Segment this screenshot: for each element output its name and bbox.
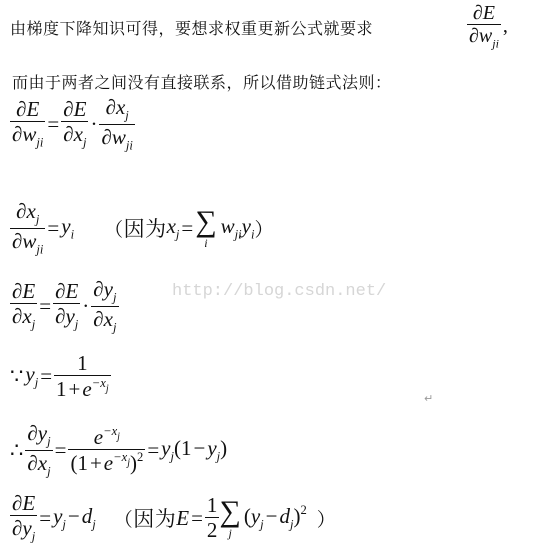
fraction: ∂E ∂wji — [467, 2, 501, 51]
fraction: ∂E ∂xj — [61, 98, 88, 150]
therefore-symbol: ∴ — [10, 438, 25, 463]
equation-dE-dy: ∂E ∂yj = yj−dj （ 因为 E = 1 2 ∑j (yj−dj)2 … — [10, 492, 336, 544]
equation-sigmoid: ∵ yj = 1 1+e−xj — [10, 352, 111, 401]
target-derivative-dE-dwji: ∂E ∂wji , — [467, 2, 510, 51]
fraction: ∂E ∂yj — [10, 492, 37, 544]
fraction: 1 2 — [205, 494, 220, 542]
intro-sentence: 由梯度下降知识可得，要想求权重更新公式就要求 — [10, 19, 373, 38]
because-symbol: ∵ — [10, 364, 25, 389]
fraction: ∂xj ∂wji — [99, 96, 134, 153]
chain-rule-sentence: 而由于两者之间没有直接联系，所以借助链式法则： — [12, 73, 392, 92]
equation-dx-dw: ∂xj ∂wji = yi （ 因为 xj = ∑i wjiyi ） — [10, 200, 274, 257]
intro-text-line2: 而由于两者之间没有直接联系，所以借助链式法则： — [12, 70, 392, 93]
equation-sigmoid-derivative: ∴ ∂yj ∂xj = e−xj (1+e−xj)2 = yj(1−yj) — [10, 422, 227, 479]
intro-text-line1: 由梯度下降知识可得，要想求权重更新公式就要求 — [10, 16, 373, 39]
because-label: 因为 — [133, 503, 176, 533]
fraction: ∂E ∂xj — [10, 280, 37, 332]
watermark: http://blog.csdn.net/ — [172, 282, 386, 301]
equation-chain-rule: ∂E ∂wji = ∂E ∂xj · ∂xj ∂wji — [10, 96, 135, 153]
summation: ∑j — [219, 497, 240, 539]
comma: , — [501, 15, 510, 38]
summation: ∑i — [195, 207, 216, 249]
fraction: ∂yj ∂xj — [91, 278, 118, 335]
fraction: ∂xj ∂wji — [10, 200, 45, 257]
because-label: 因为 — [124, 213, 167, 243]
fraction: ∂E ∂yj — [53, 280, 80, 332]
fraction: 1 1+e−xj — [54, 352, 111, 401]
fraction: ∂E ∂wji — [10, 98, 45, 150]
return-mark: ↵ — [424, 392, 433, 405]
equation-dE-dx: ∂E ∂xj = ∂E ∂yj · ∂yj ∂xj — [10, 278, 119, 335]
fraction: ∂yj ∂xj — [25, 422, 52, 479]
fraction: e−xj (1+e−xj)2 — [68, 425, 145, 475]
